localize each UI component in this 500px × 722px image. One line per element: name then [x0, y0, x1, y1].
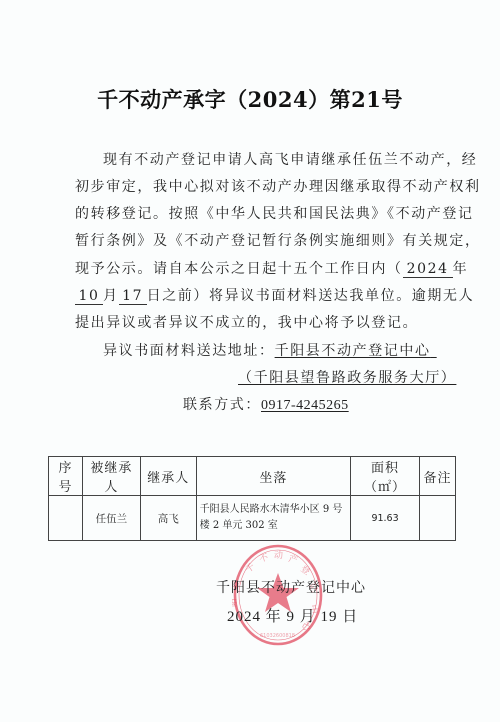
signature-date: 2024 年 9 月 19 日 — [227, 605, 358, 626]
svg-text:产: 产 — [287, 552, 299, 566]
deadline-month: 10 — [75, 288, 103, 305]
body-line-2: 初步审定，我中心拟对该不动产办理因继承取得不动产权利 — [75, 178, 435, 196]
header-remark: 备注 — [420, 457, 456, 496]
cell-remark — [420, 496, 456, 541]
document-title: 千不动产承字（2024）第21号 — [0, 84, 500, 114]
body-line-6-text: 日之前）将异议书面材料送达我单位。逾期无人 — [147, 288, 475, 304]
objection-location: （千阳县望鲁路政务服务大厅） — [238, 369, 500, 387]
header-index: 序号 — [49, 457, 83, 496]
deadline-day: 17 — [119, 288, 147, 305]
underline-pad — [431, 342, 445, 360]
body-line-1: 现有不动产登记申请人高飞申请继承任伍兰不动产，经 — [103, 151, 463, 169]
header-heir: 继承人 — [140, 457, 196, 496]
body-line-5: 现予公示。请自本公示之日起十五个工作日内（2024年 — [75, 260, 435, 278]
svg-text:动: 动 — [274, 549, 283, 561]
deadline-month-suffix: 月 — [103, 288, 119, 304]
header-area: 面积（㎡） — [351, 457, 420, 496]
contact-line: 联系方式：0917-4245265 — [183, 396, 500, 415]
header-location: 坐落 — [196, 457, 350, 496]
signature-organization: 千阳县不动产登记中心 — [216, 577, 366, 597]
cell-area: 91.63 — [351, 496, 420, 541]
table-header-row: 序号 被继承人 继承人 坐落 面积（㎡） 备注 — [49, 457, 456, 496]
objection-address-location: （千阳县望鲁路政务服务大厅） — [238, 370, 456, 386]
objection-address-label: 异议书面材料送达地址： — [103, 343, 275, 359]
cell-index — [49, 496, 83, 541]
cell-location: 千阳县人民路水木清华小区 9 号楼 2 单元 302 室 — [196, 496, 350, 541]
table-row: 任伍兰 高飞 千阳县人民路水木清华小区 9 号楼 2 单元 302 室 91.6… — [49, 496, 456, 541]
cell-decedent: 任伍兰 — [82, 496, 140, 541]
inheritance-table: 序号 被继承人 继承人 坐落 面积（㎡） 备注 任伍兰 高飞 千阳县人民路水木清… — [48, 456, 456, 541]
header-decedent: 被继承人 — [82, 457, 140, 496]
body-line-7: 提出异议或者异议不成立的，我中心将予以登记。 — [75, 314, 435, 332]
body-line-5-text: 现予公示。请自本公示之日起十五个工作日内（ — [75, 261, 403, 277]
deadline-year: 2024 — [403, 261, 453, 278]
objection-address: 异议书面材料送达地址：千阳县不动产登记中心 — [103, 342, 463, 360]
body-line-4: 暂行条例》及《不动产登记暂行条例实施细则》有关规定， — [75, 232, 435, 250]
deadline-year-suffix: 年 — [453, 261, 469, 277]
contact-label: 联系方式： — [183, 397, 261, 413]
body-line-3: 的转移登记。按照《中华人民共和国民法典》《不动产登记 — [75, 205, 435, 223]
svg-text:不: 不 — [258, 552, 270, 565]
body-line-6: 10月17日之前）将异议书面材料送达我单位。逾期无人 — [75, 287, 435, 305]
contact-phone: 0917-4245265 — [261, 398, 349, 413]
svg-text:61032600818: 61032600818 — [260, 633, 295, 639]
cell-heir: 高飞 — [140, 496, 196, 541]
objection-address-name: 千阳县不动产登记中心 — [275, 343, 431, 359]
